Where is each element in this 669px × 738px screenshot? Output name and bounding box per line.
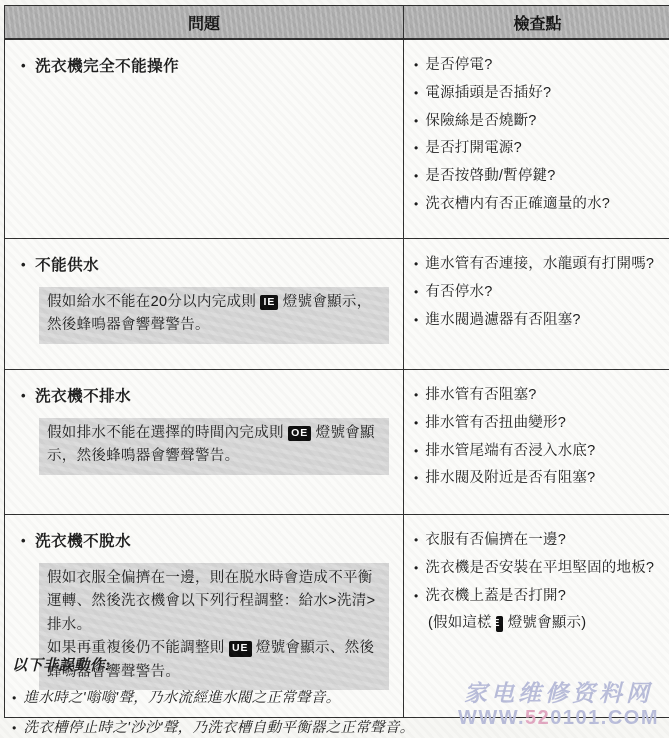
problem-note: 假如給水不能在20分以内完成則 IE 燈號會顯示，然後蜂鳴器會響聲警告。 [39, 287, 389, 344]
check-item: 衣服有否偏擠在一邊? [414, 527, 663, 555]
problem-title: 洗衣機完全不能操作 [21, 54, 395, 76]
check-item: 排水閥及附近是否有阻塞? [414, 465, 663, 493]
check-list: 排水管有否阻塞?排水管有否扭曲變形?排水管尾端有否浸入水底?排水閥及附近是否有阻… [414, 382, 663, 493]
note-item: 進水時之'嗡嗡'聲，乃水流經進水閥之正常聲音。 [12, 683, 532, 713]
problem-cell: 不能供水假如給水不能在20分以内完成則 IE 燈號會顯示，然後蜂鳴器會響聲警告。 [5, 239, 404, 370]
notes-title: 以下非誤動作: [12, 654, 532, 675]
check-item: 有否停水? [414, 279, 663, 307]
check-item: 排水管有否阻塞? [414, 382, 663, 410]
watermark-url-highlight: 52 [525, 707, 550, 729]
checkpoints-cell: 排水管有否阻塞?排水管有否扭曲變形?排水管尾端有否浸入水底?排水閥及附近是否有阻… [404, 370, 669, 515]
check-item: 排水管尾端有否浸入水底? [414, 438, 663, 466]
notes-list: 進水時之'嗡嗡'聲，乃水流經進水閥之正常聲音。洗衣槽停止時之'沙沙'聲，乃洗衣槽… [12, 683, 532, 738]
check-item: 洗衣機是否安裝在平坦堅固的地板? [414, 555, 663, 583]
check-list: 衣服有否偏擠在一邊?洗衣機是否安裝在平坦堅固的地板?洗衣機上蓋是否打開?(假如這… [414, 527, 663, 638]
checkpoints-cell: 進水管有否連接，水龍頭有打開嗎?有否停水?進水閥過濾器有否阻塞? [404, 239, 669, 370]
error-code-badge: OE [288, 426, 311, 441]
problem-cell: 洗衣機不排水假如排水不能在選擇的時間內完成則 OE 燈號會顯示，然後蜂鳴器會響聲… [5, 370, 404, 515]
checkpoints-cell: 是否停電?電源插頭是否插好?保險絲是否燒斷?是否打開電源?是否按啓動/暫停鍵?洗… [404, 39, 669, 239]
check-item: 是否按啓動/暫停鍵? [414, 163, 663, 191]
table-row: 不能供水假如給水不能在20分以内完成則 IE 燈號會顯示，然後蜂鳴器會響聲警告。… [5, 239, 669, 370]
check-item: 進水閥過濾器有否阻塞? [414, 307, 663, 335]
problem-title: 不能供水 [21, 253, 395, 275]
watermark: 家电维修资料网 WWW.520101.COM [458, 681, 659, 730]
problem-cell: 洗衣機完全不能操作 [5, 39, 404, 239]
column-header-problem: 問題 [5, 6, 404, 40]
note-item: 洗衣槽停止時之'沙沙'聲，乃洗衣槽自動平衡器之正常聲音。 [12, 713, 532, 738]
watermark-url-suffix: 0101.COM [550, 707, 659, 729]
table-body: 洗衣機完全不能操作是否停電?電源插頭是否插好?保險絲是否燒斷?是否打開電源?是否… [5, 39, 669, 718]
notes-section: 以下非誤動作: 進水時之'嗡嗡'聲，乃水流經進水閥之正常聲音。洗衣槽停止時之'沙… [12, 654, 532, 738]
check-item: 保險絲是否燒斷? [414, 108, 663, 136]
check-item: 排水管有否扭曲變形? [414, 410, 663, 438]
troubleshooting-table: 問題 檢查點 洗衣機完全不能操作是否停電?電源插頭是否插好?保險絲是否燒斷?是否… [4, 5, 669, 718]
check-item: 是否停電? [414, 52, 663, 80]
table-row: 洗衣機不排水假如排水不能在選擇的時間內完成則 OE 燈號會顯示，然後蜂鳴器會響聲… [5, 370, 669, 515]
problem-note: 假如排水不能在選擇的時間內完成則 OE 燈號會顯示，然後蜂鳴器會響聲警告。 [39, 418, 389, 475]
problem-title: 洗衣機不排水 [21, 384, 395, 406]
problem-title: 洗衣機不脫水 [21, 529, 395, 551]
table-header-row: 問題 檢查點 [5, 6, 669, 40]
watermark-site-name: 家电维修资料网 [458, 681, 659, 707]
check-item: 洗衣機上蓋是否打開?(假如這樣 dE 燈號會顯示) [414, 583, 663, 639]
check-list: 進水管有否連接，水龍頭有打開嗎?有否停水?進水閥過濾器有否阻塞? [414, 251, 663, 334]
check-item: 進水管有否連接，水龍頭有打開嗎? [414, 251, 663, 279]
column-header-checkpoints: 檢查點 [404, 6, 669, 40]
watermark-url: WWW.520101.COM [458, 707, 659, 730]
table-row: 洗衣機完全不能操作是否停電?電源插頭是否插好?保險絲是否燒斷?是否打開電源?是否… [5, 39, 669, 239]
check-item: 是否打開電源? [414, 135, 663, 163]
error-code-badge: IE [260, 295, 278, 310]
watermark-url-prefix: WWW. [458, 707, 525, 729]
check-item: 洗衣槽内有否正確適量的水? [414, 191, 663, 219]
error-code-badge: dE [496, 616, 503, 631]
check-list: 是否停電?電源插頭是否插好?保險絲是否燒斷?是否打開電源?是否按啓動/暫停鍵?洗… [414, 52, 663, 219]
check-item: 電源插頭是否插好? [414, 80, 663, 108]
